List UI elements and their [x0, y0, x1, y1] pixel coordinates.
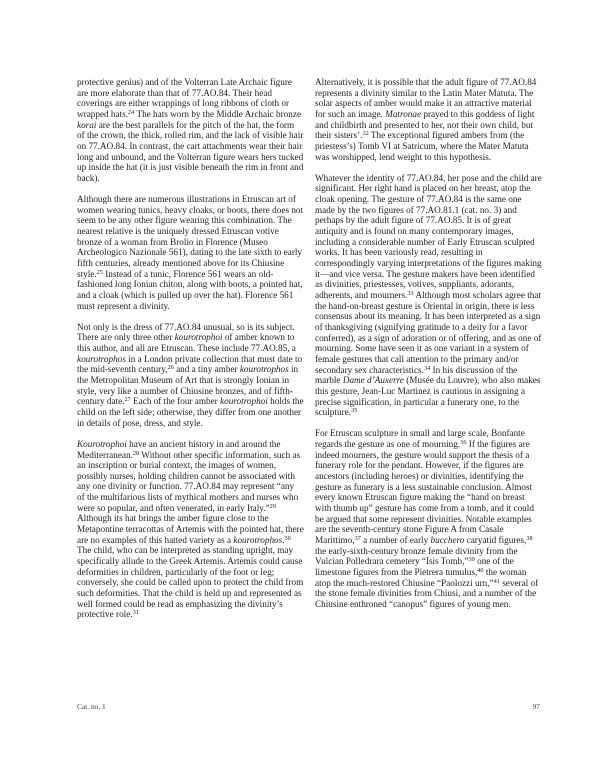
right-column: Alternatively, it is possible that the a… [315, 77, 542, 620]
paragraph: Although there are numerous illustration… [77, 194, 304, 311]
paragraph: Kourotrophoi have an ancient history in … [77, 439, 304, 620]
left-column: protective genius) and of the Volterran … [77, 77, 304, 620]
paragraph: Not only is the dress of 77.AO.84 unusua… [77, 322, 304, 429]
paragraph: Alternatively, it is possible that the a… [315, 77, 542, 162]
text-columns: protective genius) and of the Volterran … [77, 77, 542, 620]
paragraph: For Etruscan sculpture in small and larg… [315, 428, 542, 609]
page-footer: Cat. no. 1 97 [77, 702, 540, 711]
paragraph: Whatever the identity of 77.AO.84, her p… [315, 173, 542, 418]
paragraph: protective genius) and of the Volterran … [77, 77, 304, 184]
page-number: 97 [533, 702, 540, 711]
document-page: protective genius) and of the Volterran … [0, 0, 600, 762]
footer-catalog-ref: Cat. no. 1 [77, 702, 106, 711]
